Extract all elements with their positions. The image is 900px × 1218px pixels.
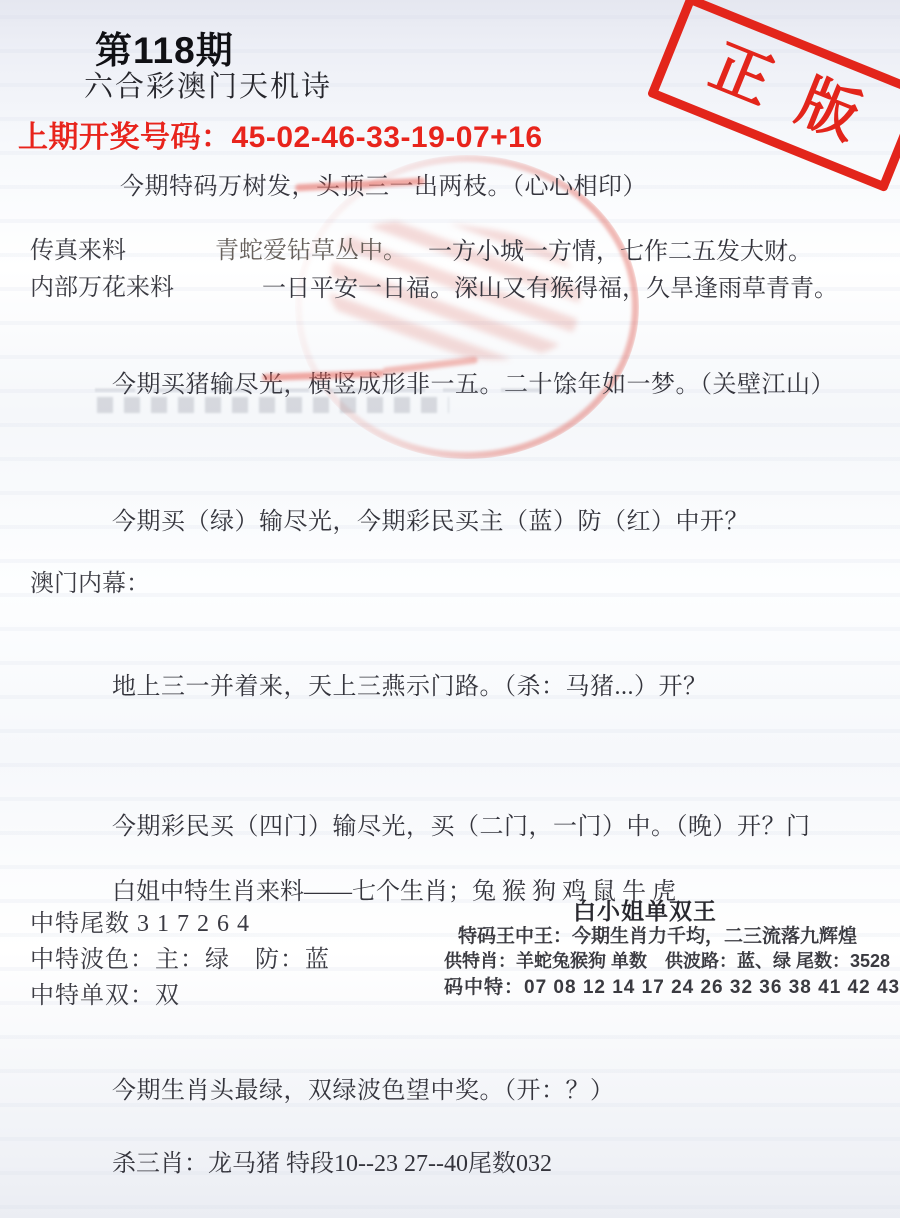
previous-draw-numbers: 上期开奖号码：45-02-46-33-19-07+16 [18,112,543,156]
poem-line-5: 今期彩民买（四门）输尽光，买（二门，一门）中。（晚）开？门 [112,806,811,841]
erased-text-remnant [97,397,449,413]
macau-insider-label: 澳门内幕： [30,563,150,598]
genuine-stamp: 正版 [647,0,900,192]
internal-poem-text: 一日平安一日福。深山又有猴得福，久旱逢雨草青青。 [262,268,838,303]
genuine-stamp-label: 正版 [675,24,900,161]
fax-poem-part2: 一方小城一方情，七作二五发大财。 [428,231,812,266]
poem-line-4: 地上三一并着来，天上三燕示门路。（杀：马猪...）开？ [112,666,708,701]
erased-text-remnant [95,388,575,392]
supply-zodiac-wave-line: 供特肖：羊蛇兔猴狗 单数 供波路：蓝、绿 尾数：3528 [444,947,890,973]
special-code-numbers-line: 码中特：07 08 12 14 17 24 26 32 36 38 41 42 … [444,972,900,999]
kill-three-zodiac-line: 杀三肖：龙马猪 特段10--23 27--40尾数032 [112,1143,552,1178]
poem-line-6: 今期生肖头最绿，双绿波色望中奖。（开：？） [112,1070,615,1105]
special-odd-even: 中特单双：双 [30,975,180,1010]
fax-source-label: 传真来料 [30,230,126,265]
poem-line-3: 今期买（绿）输尽光，今期彩民买主（蓝）防（红）中开？ [112,501,749,536]
poem-line-2: 今期买猪输尽光，横竖成形非一五。二十馀年如一梦。（关壁江山） [112,364,835,399]
fax-poem-part1: 青蛇爱钻草丛中。 [215,230,407,265]
page-subtitle: 六合彩澳门天机诗 [84,64,332,105]
special-code-king-line: 特码王中王：今期生肖力千均，二三流落九辉煌 [458,921,857,948]
special-tail-numbers: 中特尾数 3 1 7 2 6 4 [30,903,250,938]
tip-sheet-page: 第118期 六合彩澳门天机诗 上期开奖号码：45-02-46-33-19-07+… [0,0,900,1218]
special-wave-colors: 中特波色：主：绿 防：蓝 [30,939,330,974]
internal-source-label: 内部万花来料 [30,267,174,302]
